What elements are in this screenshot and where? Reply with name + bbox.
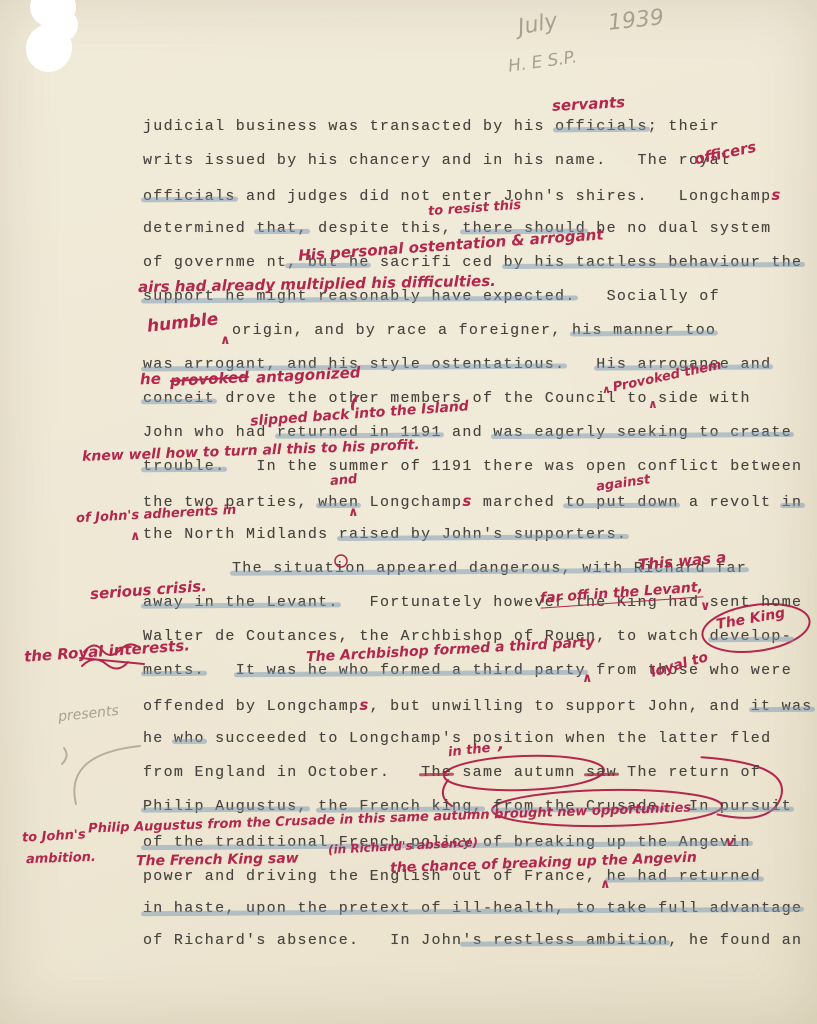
red-insertion: s <box>462 492 472 510</box>
red-annotation-37: ∨ <box>700 600 711 614</box>
struck-text: In pursuit <box>689 798 792 815</box>
typed-text: determined <box>143 220 256 237</box>
typed-text: despite this, <box>308 220 463 237</box>
struck-text: officials <box>143 188 236 205</box>
red-annotation-39: , <box>498 736 504 753</box>
typed-line-2: writs issued by his chancery and in his … <box>143 152 730 169</box>
manuscript-page: judicial business was transacted by his … <box>0 0 817 1024</box>
typed-line-13: the North Midlands raised by John's supp… <box>143 526 627 543</box>
typed-text <box>565 356 596 373</box>
typed-text: , he found an <box>668 932 802 949</box>
typed-text: same autumn <box>452 764 586 781</box>
struck-text: raised by John's supporters. <box>339 526 627 543</box>
typed-text: writs issued by his chancery and in his … <box>143 152 730 169</box>
typed-text: ; their <box>648 118 720 135</box>
typed-text: be no dual system <box>586 220 771 237</box>
typed-line-24: in haste, upon the pretext of ill-health… <box>143 900 802 917</box>
typed-line-18: offended by Longchamps, but unwilling to… <box>143 696 813 715</box>
typed-text: origin, and by race a foreigner, <box>232 322 572 339</box>
typed-text: judicial business was transacted by his <box>143 118 555 135</box>
red-annotation-24: to John's <box>22 828 86 845</box>
red-annotation-6: humble <box>146 311 219 336</box>
pencil-arc-bracket <box>74 746 140 804</box>
red-annotation-13: and <box>329 473 357 489</box>
red-annotation-38: ∧ <box>582 672 593 686</box>
red-annotation-31: ∧ <box>220 334 231 348</box>
red-annotation-7: he <box>140 372 161 388</box>
struck-text: his manner too <box>572 322 716 339</box>
typed-text: the North Midlands <box>143 526 339 543</box>
typed-line-5: of governme nt, but he sacrifi ced by hi… <box>143 254 802 271</box>
typed-line-11: trouble. In the summer of 1191 there was… <box>143 458 802 475</box>
typed-text: and <box>442 424 494 441</box>
typed-text: marched <box>473 494 566 511</box>
struck-text: by his tactless behaviour the <box>504 254 803 271</box>
red-annotation-15: of John's adherents in <box>76 504 237 526</box>
red-annotation-29: in the <box>447 742 491 760</box>
struck-text: it was <box>751 698 813 715</box>
typed-text: of Richard's absence. In John <box>143 932 462 949</box>
red-annotation-34: ∧ <box>648 398 658 411</box>
pencil-tick <box>62 748 67 764</box>
pencil-annotation-2: 1939 <box>607 5 665 36</box>
struck-text: officials <box>555 118 648 135</box>
red-insertion: s <box>359 696 369 714</box>
struck-text: ments. <box>143 662 205 679</box>
pencil-annotation-4: presents <box>57 703 119 725</box>
typed-line-12: the two parties, when Longchamps marched… <box>143 492 802 511</box>
red-annotation-36: ∧ <box>130 530 141 544</box>
typed-text: Socially of <box>576 288 720 305</box>
red-annotation-25: ambition. <box>26 851 96 867</box>
red-annotation-30: v <box>726 836 734 850</box>
typed-line-10: John who had returned in 1191 and was ea… <box>143 424 792 441</box>
struck-text: was eagerly seeking to create <box>493 424 792 441</box>
struck-text: The <box>421 764 452 781</box>
struck-text: he had returned <box>607 868 762 885</box>
typed-text: offended by Longchamp <box>143 698 359 715</box>
struck-text: conceit <box>143 390 215 407</box>
struck-text: It was he who formed a third party <box>236 662 586 679</box>
struck-text: in haste, upon the pretext of ill-health… <box>143 900 802 917</box>
struck-text: saw <box>586 764 617 781</box>
typed-line-20: from England in October. The same autumn… <box>143 764 761 781</box>
red-annotation-40: ∧ <box>600 878 611 892</box>
typed-text <box>205 662 236 679</box>
typed-line-1: judicial business was transacted by his … <box>143 118 720 135</box>
typed-line-4: determined that, despite this, there sho… <box>143 220 771 237</box>
typed-text: from England in October. <box>143 764 421 781</box>
struck-text: 's restless ambition <box>462 932 668 949</box>
struck-text: Philip Augustus, <box>143 798 308 815</box>
struck-text: in <box>782 494 803 511</box>
torn-hole-mid <box>44 8 78 42</box>
typed-text: Longchamp <box>359 494 462 511</box>
red-annotation-32: ∧ <box>602 384 611 396</box>
red-annotation-9: antagonized <box>256 365 361 386</box>
typed-line-25: of Richard's absence. In John's restless… <box>143 932 802 949</box>
typed-line-7: origin, and by race a foreigner, his man… <box>232 322 716 339</box>
typed-text: In the summer of 1191 there was open con… <box>225 458 802 475</box>
typed-text: The return of <box>617 764 761 781</box>
pencil-annotation-3: H. E S.P. <box>507 47 578 76</box>
typed-text: drove the other members of the Council t… <box>215 390 751 407</box>
typed-text: he <box>143 730 174 747</box>
pencil-annotation-1: July <box>516 9 559 40</box>
red-insertion: s <box>771 186 781 204</box>
typed-text: , but unwilling to support John, and <box>370 698 751 715</box>
struck-text: that, <box>256 220 308 237</box>
typed-text: a revolt <box>679 494 782 511</box>
typed-text: of governme nt <box>143 254 287 271</box>
red-annotation-35: ∧ <box>348 506 359 520</box>
struck-text: who <box>174 730 205 747</box>
red-annotation-1: servants <box>552 95 626 115</box>
struck-text: to put down <box>565 494 678 511</box>
red-annotation-8: provoked <box>170 370 250 390</box>
red-annotation-26: The French King saw <box>136 852 299 870</box>
